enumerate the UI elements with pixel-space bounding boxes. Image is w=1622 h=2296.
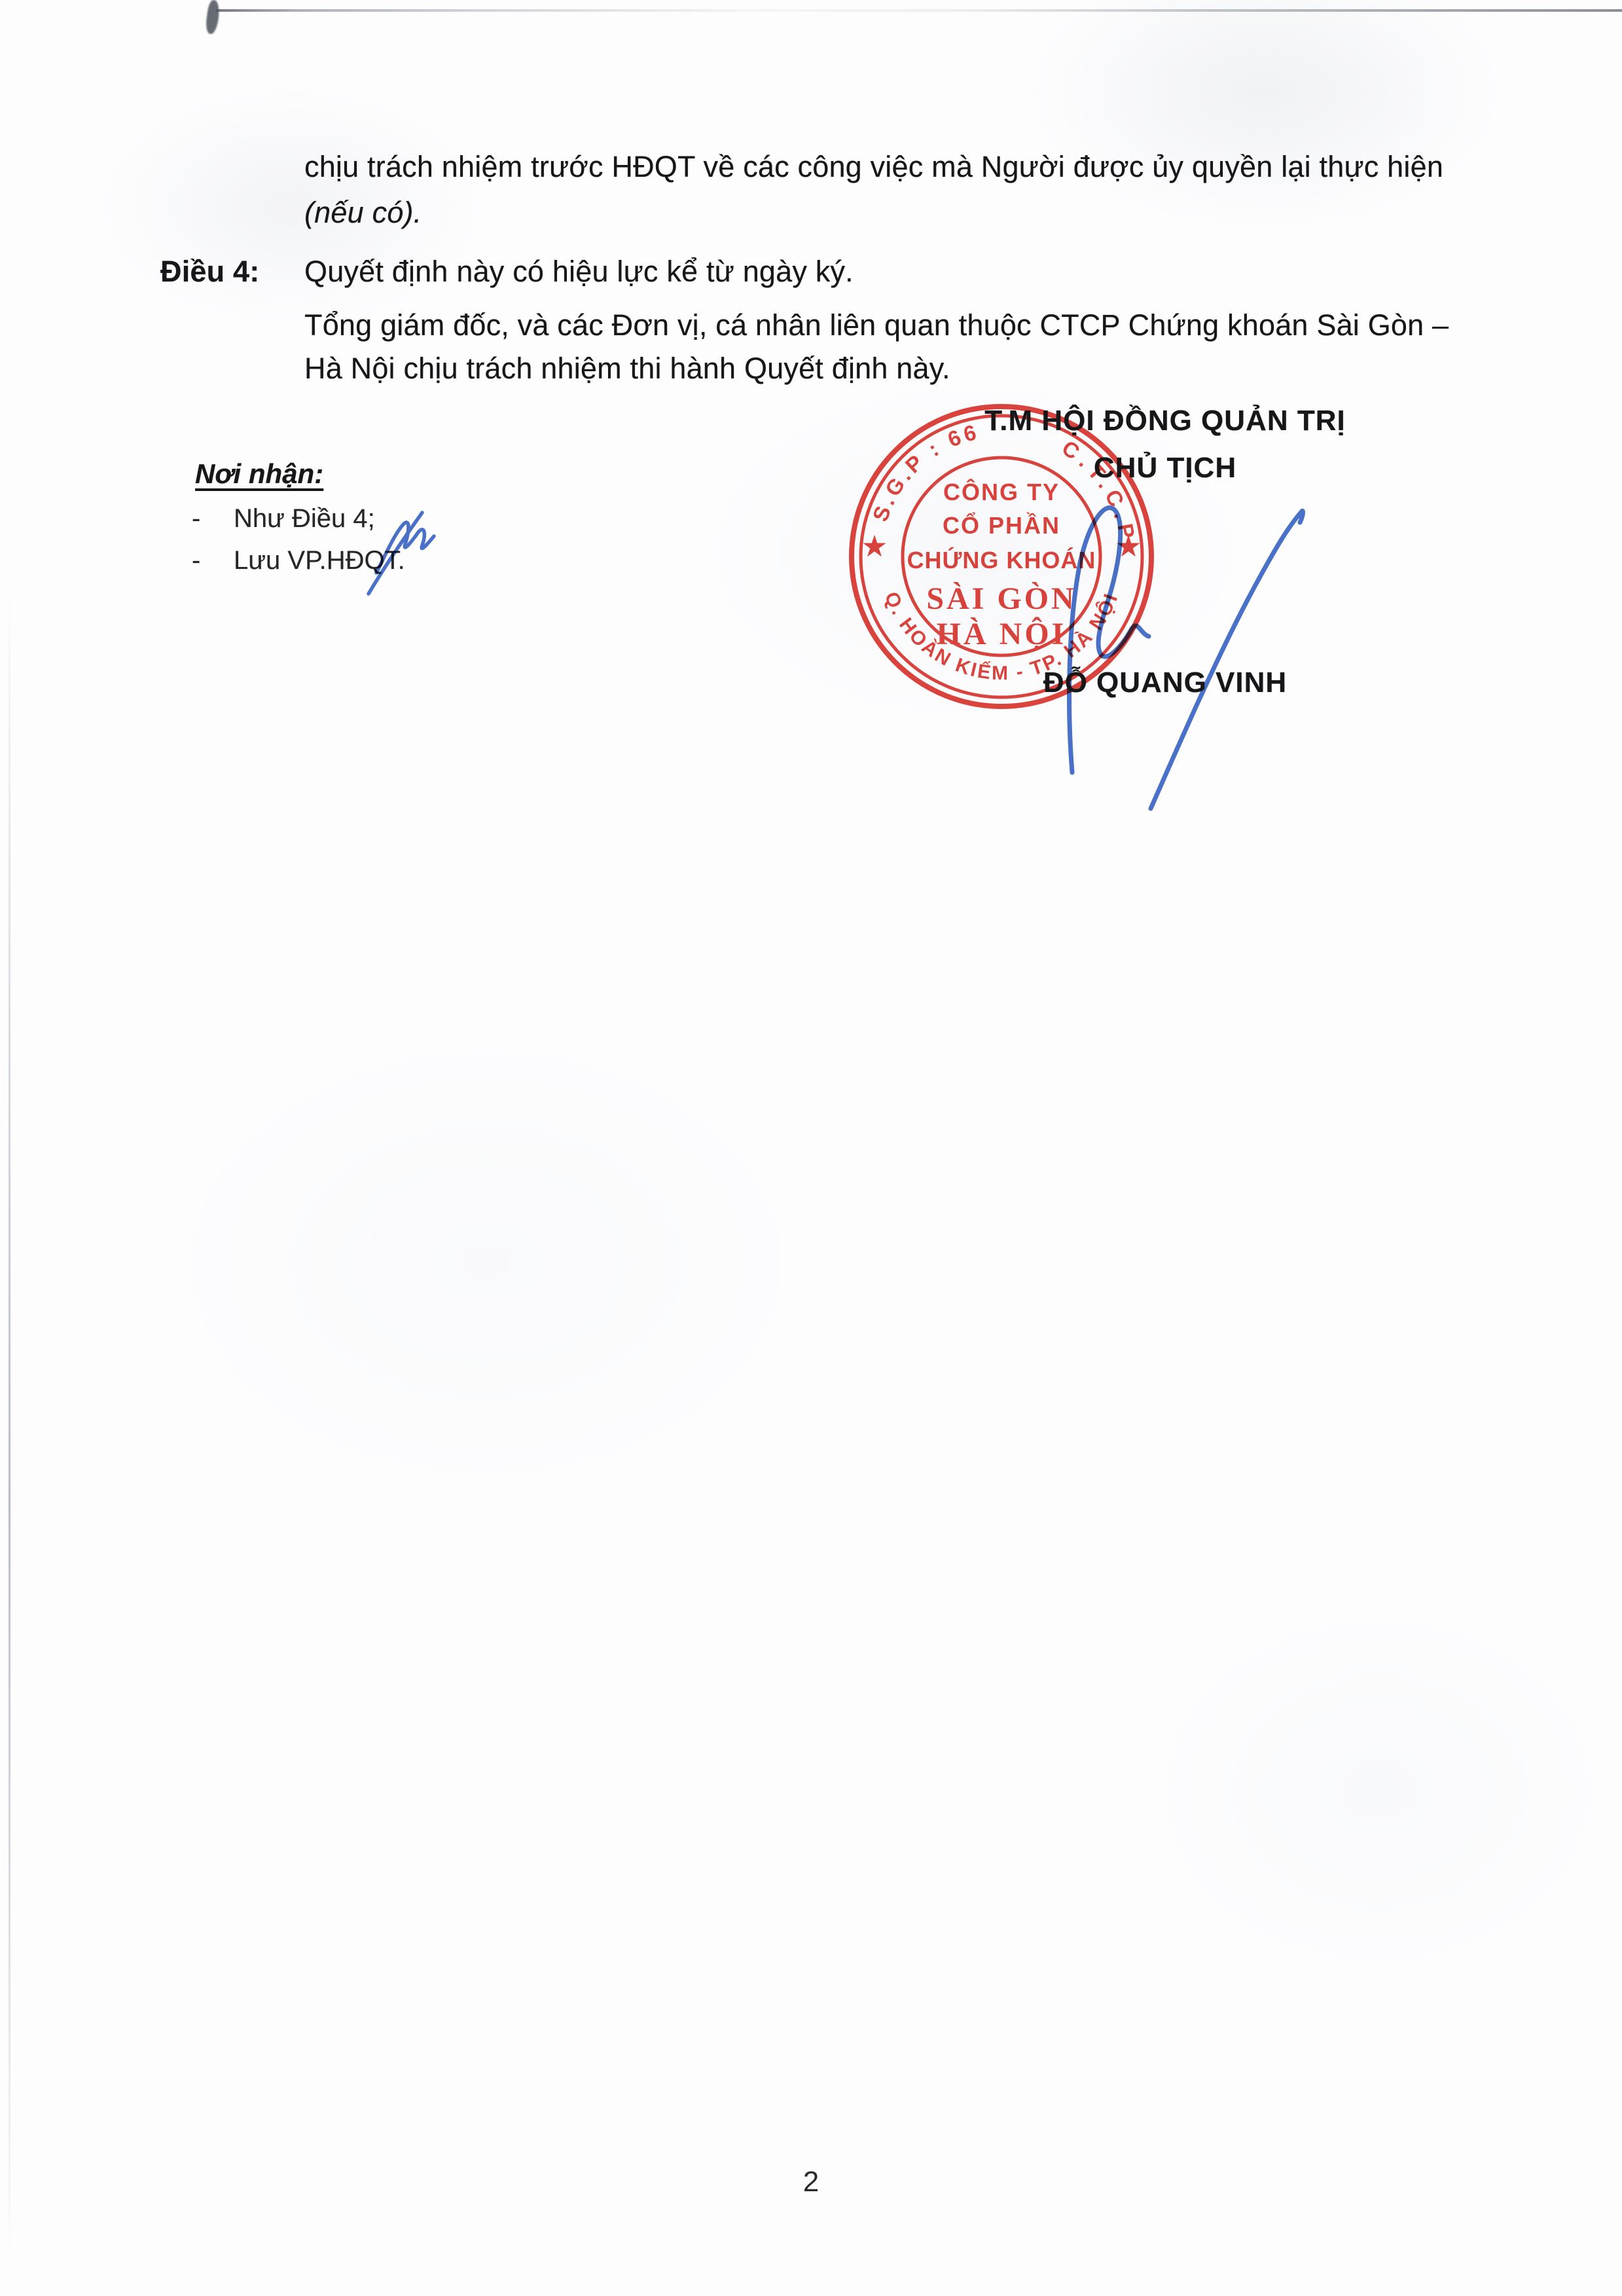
- paragraph-line: Hà Nội chịu trách nhiệm thi hành Quyết đ…: [304, 354, 950, 383]
- paragraph-line: (nếu có).: [304, 198, 422, 227]
- recipient-text: Như Điều 4;: [234, 504, 375, 534]
- scan-artifact-top-line: [216, 9, 1622, 12]
- chairman-signature: [1008, 484, 1316, 825]
- signature-stroke: [1070, 508, 1149, 773]
- paragraph-line: chịu trách nhiệm trước HĐQT về các công …: [304, 152, 1443, 181]
- chairman-title: CHỦ TỊCH: [949, 452, 1381, 484]
- scan-artifact-top-mark: [204, 0, 221, 35]
- initials-signature: [357, 494, 448, 602]
- signature-stroke: [369, 513, 422, 594]
- page-number: 2: [0, 2166, 1622, 2198]
- article-4-text: Quyết định này có hiệu lực kể từ ngày ký…: [304, 257, 854, 286]
- article-4-label: Điều 4:: [160, 257, 259, 286]
- scanned-document-page: chịu trách nhiệm trước HĐQT về các công …: [0, 0, 1622, 2296]
- signature-stroke: [1151, 511, 1303, 809]
- star-icon: ★: [861, 529, 888, 563]
- on-behalf-heading: T.M HỘI ĐỒNG QUẢN TRỊ: [949, 405, 1381, 437]
- recipients-heading: Nơi nhận:: [195, 458, 323, 490]
- scan-artifact-left-line: [9, 576, 10, 2265]
- list-dash: -: [192, 546, 200, 575]
- paragraph-line: Tổng giám đốc, và các Đơn vị, cá nhân li…: [304, 310, 1449, 340]
- signer-name: ĐỖ QUANG VINH: [949, 666, 1381, 699]
- list-dash: -: [192, 504, 200, 534]
